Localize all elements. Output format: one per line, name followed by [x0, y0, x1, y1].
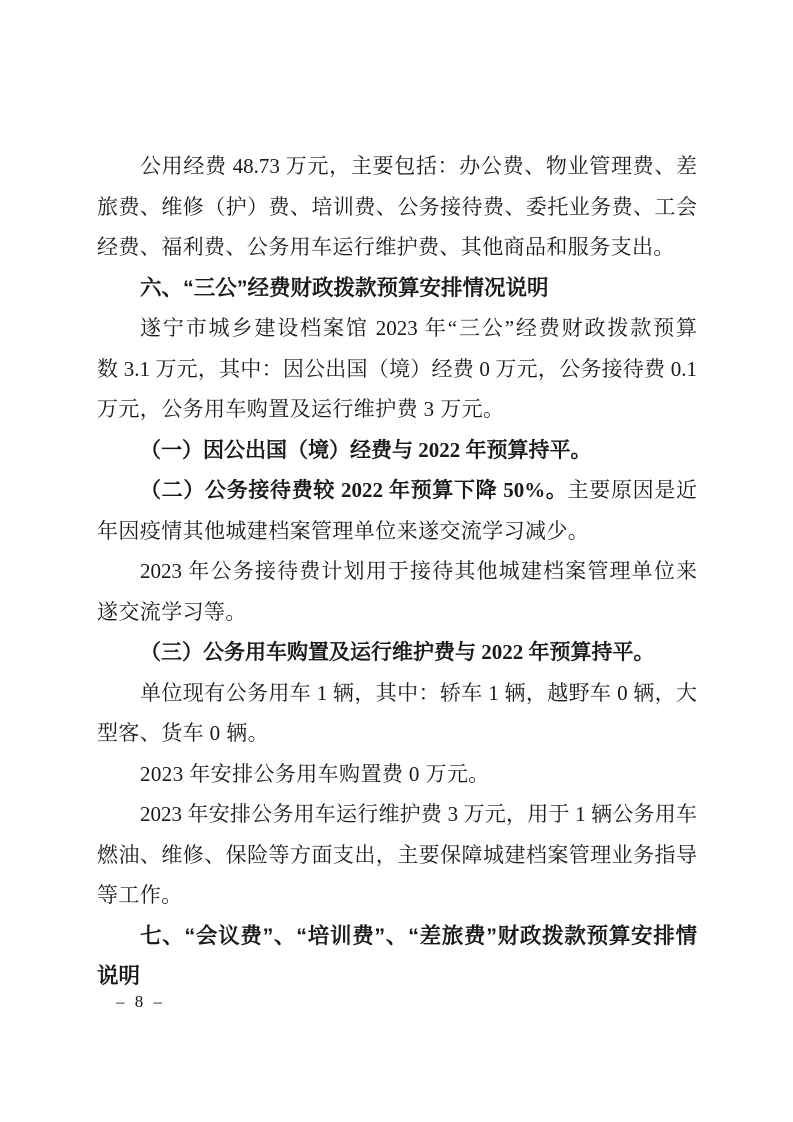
heading-text: （二）公务接待费较 2022 年预算下降 50%。 [140, 478, 568, 502]
body-line-15: 型客、货车 0 辆。 [97, 713, 697, 754]
body-text: 万元，公务用车购置及运行维护费 3 万元。 [97, 397, 504, 421]
section-heading-six: 六、“三公”经费财政拨款预算安排情况说明 [97, 268, 697, 309]
body-line-10: 年因疫情其他城建档案管理单位来遂交流学习减少。 [97, 511, 697, 552]
body-line-19: 等工作。 [97, 875, 697, 916]
body-line-2: 旅费、维修（护）费、培训费、公务接待费、委托业务费、工会 [97, 187, 697, 228]
section-heading-seven-line2: 说明 [97, 956, 697, 997]
body-line-3: 经费、福利费、公务用车运行维护费、其他商品和服务支出。 [97, 227, 697, 268]
body-text: 2023 年安排公务用车运行维护费 3 万元，用于 1 辆公务用车 [140, 802, 697, 826]
body-line-18: 燃油、维修、保险等方面支出，主要保障城建档案管理业务指导 [97, 835, 697, 876]
body-text: 年因疫情其他城建档案管理单位来遂交流学习减少。 [97, 519, 589, 543]
body-line-12: 遂交流学习等。 [97, 592, 697, 633]
body-text: 燃油、维修、保险等方面支出，主要保障城建档案管理业务指导 [97, 843, 697, 867]
body-line-1: 公用经费 48.73 万元，主要包括：办公费、物业管理费、差 [97, 146, 697, 187]
heading-text: （一）因公出国（境）经费与 2022 年预算持平。 [140, 438, 592, 462]
body-text: 公用经费 48.73 万元，主要包括：办公费、物业管理费、差 [140, 154, 697, 178]
heading-text: 六、“三公”经费财政拨款预算安排情况说明 [140, 276, 549, 300]
body-text: 等工作。 [97, 883, 183, 907]
body-text: 数 3.1 万元，其中：因公出国（境）经费 0 万元，公务接待费 0.1 [97, 357, 697, 381]
body-line-5: 遂宁市城乡建设档案馆 2023 年“三公”经费财政拨款预算 [97, 308, 697, 349]
body-text: 经费、福利费、公务用车运行维护费、其他商品和服务支出。 [97, 235, 675, 259]
document-page: 公用经费 48.73 万元，主要包括：办公费、物业管理费、差 旅费、维修（护）费… [0, 0, 793, 1122]
body-line-7: 万元，公务用车购置及运行维护费 3 万元。 [97, 389, 697, 430]
heading-text: 说明 [97, 964, 140, 988]
body-text: 遂交流学习等。 [97, 600, 247, 624]
body-line-6: 数 3.1 万元，其中：因公出国（境）经费 0 万元，公务接待费 0.1 [97, 349, 697, 390]
heading-text: （三）公务用车购置及运行维护费与 2022 年预算持平。 [140, 640, 655, 664]
section-heading-seven-line1: 七、“会议费”、“培训费”、“差旅费”财政拨款预算安排情况 [97, 916, 697, 957]
body-text: 2023 年安排公务用车购置费 0 万元。 [140, 762, 490, 786]
body-text: 遂宁市城乡建设档案馆 2023 年“三公”经费财政拨款预算 [140, 316, 697, 340]
body-line-17: 2023 年安排公务用车运行维护费 3 万元，用于 1 辆公务用车 [97, 794, 697, 835]
page-number: – 8 – [116, 992, 165, 1012]
heading-text: 七、“会议费”、“培训费”、“差旅费”财政拨款预算安排情况 [97, 924, 697, 957]
body-text: 主要原因是近 [568, 478, 697, 502]
subsection-heading-one: （一）因公出国（境）经费与 2022 年预算持平。 [97, 430, 697, 471]
body-text: 型客、货车 0 辆。 [97, 721, 269, 745]
body-line-16: 2023 年安排公务用车购置费 0 万元。 [97, 754, 697, 795]
body-text: 2023 年公务接待费计划用于接待其他城建档案管理单位来 [140, 559, 697, 583]
body-text: 旅费、维修（护）费、培训费、公务接待费、委托业务费、工会 [97, 195, 697, 219]
body-line-11: 2023 年公务接待费计划用于接待其他城建档案管理单位来 [97, 551, 697, 592]
body-text: 单位现有公务用车 1 辆，其中：轿车 1 辆，越野车 0 辆，大 [140, 681, 697, 705]
subsection-heading-three: （三）公务用车购置及运行维护费与 2022 年预算持平。 [97, 632, 697, 673]
body-line-14: 单位现有公务用车 1 辆，其中：轿车 1 辆，越野车 0 辆，大 [97, 673, 697, 714]
document-body: 公用经费 48.73 万元，主要包括：办公费、物业管理费、差 旅费、维修（护）费… [97, 146, 697, 997]
subsection-heading-two-line: （二）公务接待费较 2022 年预算下降 50%。主要原因是近 [97, 470, 697, 511]
